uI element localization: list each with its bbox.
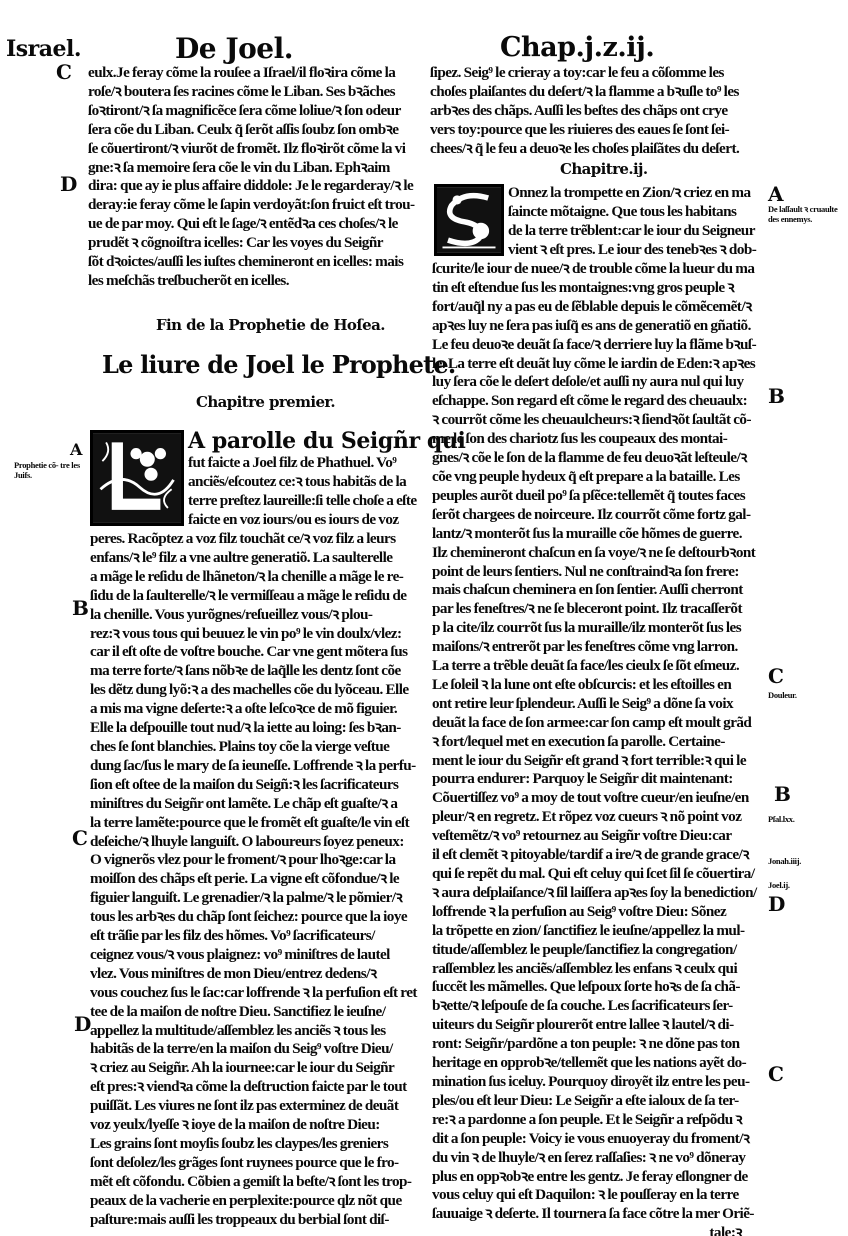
text-line: ꝛ aura deſplaiſance/ꝛ ſil laiſſera apꝛes… — [432, 884, 762, 903]
left-column-top-text: eulx.Je feray cõme la rouſee a Iſrael/il… — [88, 64, 416, 291]
text-line: deuãt la face de ſon armee:car ſon camp … — [432, 714, 762, 733]
text-line: uiteurs du Seigñr plourerõt entre lallee… — [432, 1016, 762, 1035]
text-line: Onnez la trompette en Zion/ꝛ criez en ma — [508, 184, 762, 203]
text-line: ront: Seigñr/pardõne a ton peuple: ꝛ ne … — [432, 1035, 762, 1054]
text-line: faicte en voz iours/ou es iours de voz — [188, 511, 420, 530]
text-line: ches ſe ſont blanchies. Plains toy cõe l… — [90, 738, 420, 757]
chapter-heading: Chapitre premier. — [196, 393, 335, 411]
text-line: ceignez vous/ꝛ vous plaignez: vo⁹ miniſt… — [90, 946, 420, 965]
running-head: Israel. De Joel. Chap.j.z.ij. — [0, 28, 848, 68]
text-line: tin eſt eſtendue ſus les montaignes:vng … — [432, 279, 762, 298]
text-line: ꝛ courrõt cõme les cheuaulcheurs:ꝛ ſiend… — [432, 411, 762, 430]
text-line: vous couchez ſus le ſac:car loffrende ꝛ … — [90, 984, 420, 1003]
text-line: figuier languiſt. Le grenadier/ꝛ la palm… — [90, 889, 420, 908]
text-line: paſture:mais auſſi les troppeaux du berb… — [90, 1211, 420, 1230]
text-line: enfans/ꝛ le⁹ filz a vne aultre generatiõ… — [90, 549, 420, 568]
margin-letter: A — [70, 440, 82, 459]
running-head-right: Chap.j.z.ij. — [500, 32, 654, 63]
decorated-initial-icon — [93, 433, 181, 523]
text-line: vers toy:pource que les riuieres des eau… — [430, 121, 760, 140]
margin-letter: D — [60, 172, 77, 196]
text-line: roſe/ꝛ boutera ſes racines cõme le Liban… — [88, 83, 416, 102]
right-column-body: ſcurite/le iour de nuee/ꝛ de trouble cõm… — [432, 260, 762, 1236]
text-line: ꝛ fort/lequel met en execution ſa paroll… — [432, 733, 762, 752]
margin-letter: D — [74, 1012, 91, 1036]
text-line: mais chaſcun cheminera en ſon ſentier. A… — [432, 581, 762, 600]
text-line: eſt trãſie par les filz des hõmes. Vo⁹ ſ… — [90, 927, 420, 946]
left-column-body: peres. Racõptez a voz filz touchãt ce/ꝛ … — [90, 530, 420, 1230]
text-line: cõe vng peuple hydeux q̃ eſt prepare a l… — [432, 468, 762, 487]
text-line: terre preſtez laureille:ſi telle choſe a… — [188, 492, 420, 511]
margin-note: Jonah.iiij. — [768, 856, 838, 866]
text-line: anciẽs/eſcoutez ce:ꝛ tous habitãs de la — [188, 473, 420, 492]
text-line: a mãge le reſidu de lhãneton/ꝛ la chenil… — [90, 568, 420, 587]
right-column-beside-dropcap: Onnez la trompette en Zion/ꝛ criez en ma… — [508, 184, 762, 260]
text-line: raſſemblez les anciẽs/aſſemblez les enfa… — [432, 960, 762, 979]
chapter-heading-2: Chapitre.ij. — [560, 160, 648, 178]
text-line: eſchappe. Son regard eſt cõme le regard … — [432, 392, 762, 411]
margin-note: Pſal.lxx. — [768, 814, 838, 824]
text-line: puiſſãt. Les viures ne ſont ilz pas exte… — [90, 1097, 420, 1116]
text-line: peaux de la vacherie en perplexite:pourc… — [90, 1192, 420, 1211]
text-line: les meſchãs treſbucherõt en icelles. — [88, 272, 416, 291]
text-line: p la cite/ilz courrõt ſus la muraille/il… — [432, 619, 762, 638]
text-line: chees/ꝛ q̃ le feu a deuoꝛe les choſes pl… — [430, 140, 760, 159]
text-line: appellez la multitude/aſſemblez les anci… — [90, 1022, 420, 1041]
text-line: apꝛes luy ne ſera pas iuſq̃ es ans de ge… — [432, 317, 762, 336]
text-line: ſõt dꝛoictes/auſſi les iuſtes chemineron… — [88, 253, 416, 272]
margin-letter: B — [72, 596, 89, 620]
text-line: La terre a trẽble deuãt ſa face/les cieu… — [432, 657, 762, 676]
margin-letter: C — [56, 60, 72, 84]
running-head-center: De Joel. — [175, 32, 293, 65]
text-line: veſtemẽtz/ꝛ vo⁹ retournez au Seigñr voſt… — [432, 827, 762, 846]
text-line: prudẽt ꝛ cõgnoiſtra icelles: Car les voy… — [88, 234, 416, 253]
text-line: ſont deſolez/les grãges ſont ruynees pou… — [90, 1154, 420, 1173]
text-line: dung ſac/ſus le mary de ſa ieuneſſe. Lof… — [90, 757, 420, 776]
text-line: Le feu deuoꝛe deuãt ſa face/ꝛ derriere l… — [432, 336, 762, 355]
text-line: ſera cõe du Liban. Ceulx q̃ ſerõt aſſis … — [88, 121, 416, 140]
text-line: loffrende ꝛ la perfuſion au Seig⁹ voſtre… — [432, 903, 762, 922]
text-line: ſe cõuertiront/ꝛ viurõt de fromẽt. Ilz f… — [88, 140, 416, 159]
margin-note: De laſſault ꝛ cruaulte des ennemys. — [768, 204, 844, 224]
text-line: ſaincte mõtaigne. Que tous les habitans — [508, 203, 762, 222]
text-line: il eſt clemẽt ꝛ pitoyable/tardif a ire/ꝛ… — [432, 846, 762, 865]
text-line: luy ſera cõe le deſert deſole/et auſſi n… — [432, 373, 762, 392]
text-line: la trõpette en zion/ ſanctifiez le ieuſn… — [432, 922, 762, 941]
margin-note: Joel.ij. — [768, 880, 838, 890]
text-line: Ilz chemineront chaſcun en ſa voye/ꝛ ne … — [432, 544, 762, 563]
text-line: ſidu de la ſaulterelle/ꝛ le vermiſſeau a… — [90, 587, 420, 606]
text-line: car il eſt oſte de voſtre bouche. Car vn… — [90, 643, 420, 662]
text-line: rez:ꝛ vous tous qui beuuez le vin po⁹ le… — [90, 625, 420, 644]
text-line: ꝛ criez au Seigñr. Ah la iournee:car le … — [90, 1059, 420, 1078]
right-column-top-text: ſipez. Seig⁹ le crieray a toy:car le feu… — [430, 64, 760, 159]
text-line: fort/auq̃l ny a pas eu de ſẽblable depui… — [432, 298, 762, 317]
chapter-incipit: A parolle du Seigñr qui — [188, 428, 465, 454]
text-line: le. La terre eſt deuãt luy cõme le iardi… — [432, 355, 762, 374]
text-line: ſerõt chargees de noirceure. Ilz courrõt… — [432, 506, 762, 525]
text-line: qui ſe repẽt du mal. Qui eſt celuy qui ſ… — [432, 865, 762, 884]
text-line: mination ſus iceluy. Pourquoy diroyẽt il… — [432, 1073, 762, 1092]
text-line: moiſſon des chãps eſt perie. La vigne eſ… — [90, 870, 420, 889]
text-line: vous celuy qui eſt Daquilon: ꝛ le pouſſe… — [432, 1186, 762, 1205]
text-line: me le ſon des chariotz ſus les coupeaux … — [432, 430, 762, 449]
text-line: a mis ma vigne deſerte:ꝛ a oſte leſcoꝛce… — [90, 700, 420, 719]
text-line: re:ꝛ a pardonne a ſon peuple. Et le Seig… — [432, 1111, 762, 1130]
margin-letter: C — [768, 664, 784, 688]
text-line: eulx.Je feray cõme la rouſee a Iſrael/il… — [88, 64, 416, 83]
text-line: mẽt eſt cõfondu. Cõbien a gemiſt la beſt… — [90, 1173, 420, 1192]
text-line: habitãs de la terre/en la maiſon du Seig… — [90, 1040, 420, 1059]
margin-letter: C — [768, 1062, 784, 1086]
end-of-book-heading: Fin de la Prophetie de Hoſea. — [156, 316, 385, 334]
text-line: vlez. Vous miniſtres de mon Dieu/entrez … — [90, 965, 420, 984]
margin-letter: A — [768, 182, 784, 206]
text-line: arbꝛes des chãps. Auſſi les beſtes des c… — [430, 102, 760, 121]
text-line: la terre lamẽte:pource que le fromẽt eſt… — [90, 814, 420, 833]
margin-letter: D — [768, 892, 785, 916]
text-line: peres. Racõptez a voz filz touchãt ce/ꝛ … — [90, 530, 420, 549]
text-line: dit a ſon peuple: Voicy ie vous enuoyera… — [432, 1130, 762, 1149]
left-column-beside-dropcap: fut faicte a Joel filz de Phathuel. Vo⁹ … — [188, 454, 420, 530]
text-line: tous les arbꝛes du chãp ſont ſeichez: po… — [90, 908, 420, 927]
text-line: Le ſoleil ꝛ la lune ont eſte obſcurcis: … — [432, 676, 762, 695]
text-line: de la terre trẽblent:car le iour du Seig… — [508, 222, 762, 241]
text-line: dira: que ay ie plus affaire diddole: Je… — [88, 177, 416, 196]
text-line: les dẽtz dung lyõ:ꝛ a des machelles cõe … — [90, 681, 420, 700]
text-line: lantz/ꝛ monterõt ſus la muraille cõe hõm… — [432, 525, 762, 544]
text-line: Elle la deſpouille tout nud/ꝛ la iette a… — [90, 719, 420, 738]
decorated-initial-icon — [437, 187, 501, 253]
text-line: titude/aſſemblez le peuple/ſanctifiez la… — [432, 941, 762, 960]
text-line: choſes plaiſantes du deſert/ꝛ la flamme … — [430, 83, 760, 102]
text-line: gnes/ꝛ cõe le ſon de la flamme de feu de… — [432, 449, 762, 468]
ornamental-dropcap-s — [434, 184, 504, 256]
text-line: ſuccẽt les mãmelles. Que leſpoux ſorte h… — [432, 978, 762, 997]
text-line: bꝛette/ꝛ leſpouſe de ſa couche. Les ſacr… — [432, 997, 762, 1016]
text-line: deray:ie feray cõme le ſapin verdoyãt:ſo… — [88, 196, 416, 215]
text-line: peuples aurõt dueil po⁹ ſa pſẽce:tellemẽ… — [432, 487, 762, 506]
text-line: la chenille. Vous yurõgnes/reſueillez vo… — [90, 606, 420, 625]
running-head-left: Israel. — [6, 36, 81, 62]
text-line: plus en oppꝛobꝛe entre les gentz. Je fer… — [432, 1168, 762, 1187]
text-line: ples/ou eſt leur Dieu: Le Seigñr a eſte … — [432, 1092, 762, 1111]
text-line: ont retire leur ſplendeur. Auſſi le Seig… — [432, 695, 762, 714]
text-line: gne:ꝛ ſa memoire ſera cõe le vin du Liba… — [88, 159, 416, 178]
text-line: tale:ꝛ — [432, 1224, 762, 1236]
text-line: maiſons/ꝛ entrerõt par les feneſtres cõm… — [432, 638, 762, 657]
margin-letter: C — [72, 826, 88, 850]
text-line: pleur/ꝛ en regretz. Et rõpez voz cueurs … — [432, 808, 762, 827]
text-line: du vin ꝛ de lhuyle/ꝛ en ſerez raſſaſies:… — [432, 1149, 762, 1168]
text-line: ſoꝛtiront/ꝛ ſa magnificẽce ſera cõme lol… — [88, 102, 416, 121]
text-line: Les grains ſont moyſis ſoubz les claypes… — [90, 1135, 420, 1154]
text-line: eſt pres:ꝛ viendꝛa cõme la deſtruction f… — [90, 1078, 420, 1097]
text-line: tee de la maiſon de noſtre Dieu. Sanctif… — [90, 1003, 420, 1022]
text-line: point de leurs ſentiers. Nul ne conſtrai… — [432, 563, 762, 582]
margin-note: Prophetie cõ- tre les Juifs. — [14, 460, 82, 480]
text-line: miniſtres du Seigñr ont lamẽte. Le chãp … — [90, 795, 420, 814]
text-line: ue de par moy. Qui eſt le ſage/ꝛ entẽdꝛa… — [88, 215, 416, 234]
text-line: deſeiche/ꝛ lhuyle languiſt. O laboureurs… — [90, 833, 420, 852]
text-line: ſion eſt oſtee de la maiſon du Seigñ:ꝛ l… — [90, 776, 420, 795]
text-line: ſcurite/le iour de nuee/ꝛ de trouble cõm… — [432, 260, 762, 279]
ornamental-dropcap-l — [90, 430, 184, 526]
text-line: vient ꝛ eſt pres. Le iour des tenebꝛes ꝛ… — [508, 241, 762, 260]
margin-note: Douleur. — [768, 690, 838, 700]
text-line: ment le iour du Seigñr eſt grand ꝛ fort … — [432, 752, 762, 771]
text-line: par les feneſtres/ꝛ ne ſe bleceront poin… — [432, 600, 762, 619]
text-line: Cõuertiſſez vo⁹ a moy de tout voſtre cue… — [432, 789, 762, 808]
book-title: Le liure de Joel le Prophete. — [102, 350, 455, 379]
margin-letter: B — [774, 782, 791, 806]
text-line: heritage en opprobꝛe/tellemẽt que les na… — [432, 1054, 762, 1073]
text-line: voz yeulx/lyeſſe ꝛ ioye de la maiſon de … — [90, 1116, 420, 1135]
text-line: pourra endurer: Parquoy le Seigñr dit ma… — [432, 770, 762, 789]
text-line: O vignerõs vlez pour le froment/ꝛ pour l… — [90, 851, 420, 870]
margin-letter: B — [768, 384, 785, 408]
text-line: ſipez. Seig⁹ le crieray a toy:car le feu… — [430, 64, 760, 83]
text-line: ma terre forte/ꝛ ſans nõbꝛe de laq̃lle l… — [90, 662, 420, 681]
text-line: ſauuaige ꝛ deſerte. Il tournera ſa face … — [432, 1205, 762, 1224]
text-line: fut faicte a Joel filz de Phathuel. Vo⁹ — [188, 454, 420, 473]
